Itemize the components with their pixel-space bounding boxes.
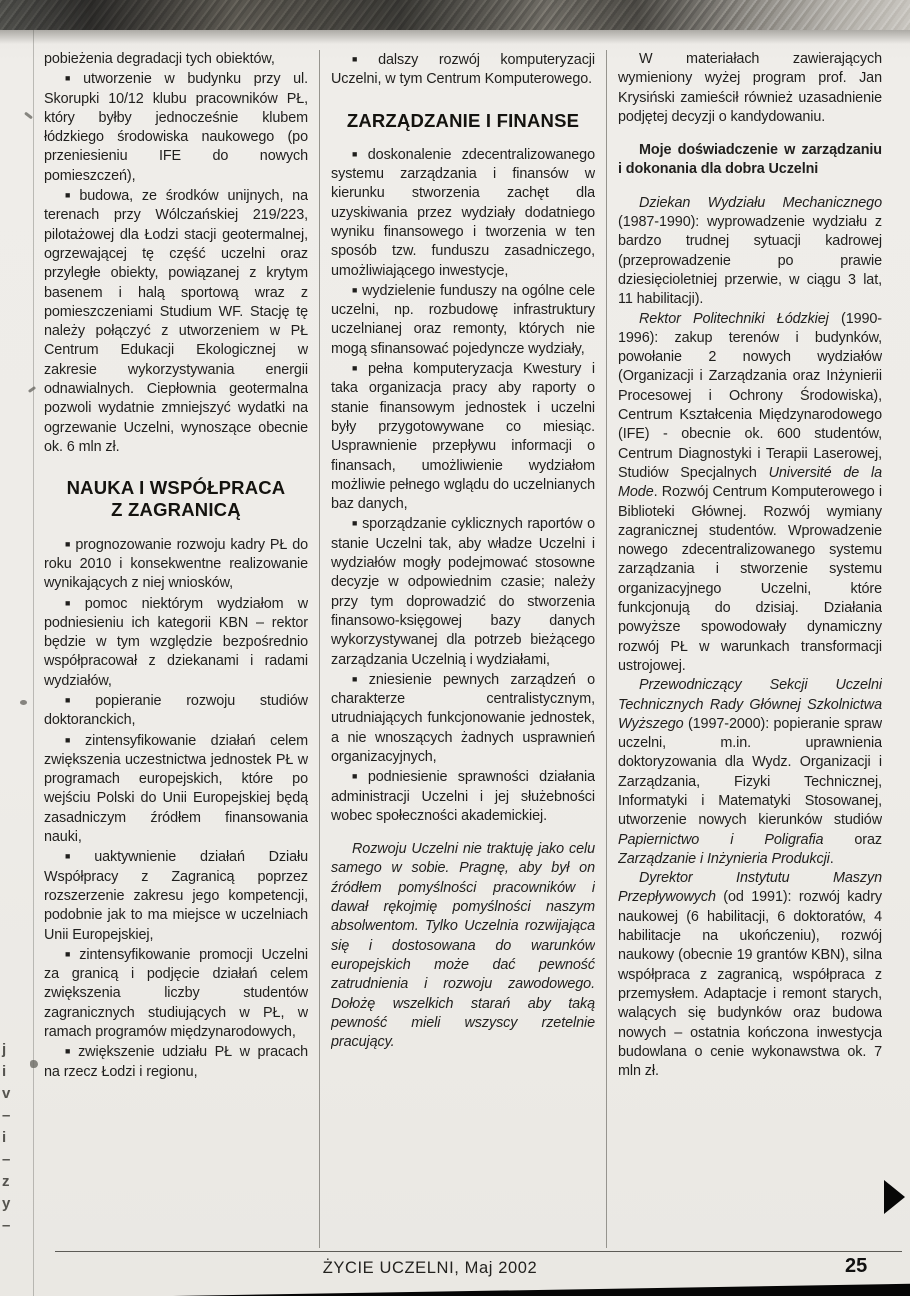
body-text: (1997-2000): popieranie spraw uczelni, m… <box>618 716 882 828</box>
section-heading: ZARZĄDZANIE I FINANSE <box>331 110 595 132</box>
scan-mark <box>24 112 33 120</box>
bullet-icon: ■ <box>352 149 368 159</box>
bullet-item: ■pomoc niektórym wydziałom w podniesieni… <box>44 594 308 691</box>
bleed-letter: i <box>2 1064 18 1079</box>
scan-top-shadow <box>0 30 910 44</box>
body-text: podniesienie sprawności działania admini… <box>331 769 595 824</box>
italic-text: Papiernictwo i Poligrafia <box>618 832 823 848</box>
bullet-icon: ■ <box>352 54 378 64</box>
paragraph: Przewodniczący Sekcji Uczelni Techniczny… <box>618 676 882 869</box>
bullet-item: ■podniesienie sprawności działania admin… <box>331 767 595 826</box>
bleed-letter: v <box>2 1086 18 1101</box>
bullet-icon: ■ <box>352 518 362 528</box>
body-text: budowa, ze środków unijnych, na terenach… <box>44 188 308 455</box>
scan-mark <box>30 1060 38 1068</box>
body-text: prognozowanie rozwoju kadry PŁ do roku 2… <box>44 537 308 592</box>
body-text: oraz <box>823 832 882 848</box>
body-text: . <box>830 851 834 867</box>
body-text: uaktywnienie działań Działu Współpracy z… <box>44 849 308 942</box>
bullet-item: ■budowa, ze środków unijnych, na terenac… <box>44 186 308 457</box>
body-text: zniesienie pewnych zarządzeń o charakter… <box>331 672 595 765</box>
bullet-item: ■doskonalenie zdecentralizowanego system… <box>331 145 595 281</box>
bullet-icon: ■ <box>65 1046 78 1056</box>
bullet-icon: ■ <box>65 190 79 200</box>
body-text: pobieżenia degradacji tych obiektów, <box>44 51 275 67</box>
column-3: W materiałach zawierających wymieniony w… <box>618 50 882 1248</box>
body-text: wydzielenie funduszy na ogólne cele ucze… <box>331 283 595 357</box>
bullet-item: ■zintensyfikowanie działań celem zwiększ… <box>44 731 308 848</box>
column-rule <box>606 50 607 1248</box>
bullet-item: ■zwiększenie udziału PŁ w pracach na rze… <box>44 1042 308 1082</box>
page-number: 25 <box>845 1255 867 1278</box>
scan-mark <box>28 386 36 393</box>
body-text: pełna komputeryzacja Kwestury i taka org… <box>331 361 595 512</box>
bullet-icon: ■ <box>352 674 369 684</box>
paragraph: pobieżenia degradacji tych obiektów, <box>44 50 308 69</box>
paragraph: Rektor Politechniki Łódzkiej (1990-1996)… <box>618 310 882 677</box>
bleed-letter: z <box>2 1174 18 1189</box>
bullet-icon: ■ <box>352 285 362 295</box>
paragraph: Dziekan Wydziału Mechanicznego (1987-199… <box>618 194 882 310</box>
italic-text: Zarządzanie i Inżynieria Produkcji <box>618 851 830 867</box>
journal-footer: ŻYCIE UCZELNI, Maj 2002 <box>250 1259 610 1278</box>
body-text: . Rozwój Centrum Komputerowego i Bibliot… <box>618 484 882 674</box>
continuation-arrow-icon <box>884 1180 905 1214</box>
bullet-item: ■sporządzanie cyklicznych raportów o sta… <box>331 514 595 669</box>
bullet-item: ■popieranie rozwoju studiów doktoranckic… <box>44 691 308 731</box>
subheading-paragraph: Moje doświadczenie w zarządzaniu i dokon… <box>618 141 882 180</box>
bullet-item: ■wydzielenie funduszy na ogólne cele ucz… <box>331 281 595 359</box>
italic-text: Dziekan Wydziału Mechanicznego <box>639 195 882 211</box>
bullet-item: ■uaktywnienie działań Działu Współpracy … <box>44 847 308 944</box>
body-text: pomoc niektórym wydziałom w podniesieniu… <box>44 596 308 689</box>
bold-text: Moje doświadczenie w zarządzaniu i dokon… <box>618 142 882 177</box>
column-1: pobieżenia degradacji tych obiektów,■utw… <box>44 50 308 1248</box>
bullet-item: ■utworzenie w budynku przy ul. Skorupki … <box>44 69 308 186</box>
body-text: sporządzanie cyklicznych raportów o stan… <box>331 516 595 667</box>
body-text: (1990-1996): zakup terenów i budynków, p… <box>618 311 882 481</box>
body-text: utworzenie w budynku przy ul. Skorupki 1… <box>44 71 308 183</box>
bleed-letter: i <box>2 1130 18 1145</box>
bullet-icon: ■ <box>65 598 85 608</box>
body-text: doskonalenie zdecentralizowanego systemu… <box>331 147 595 279</box>
bullet-icon: ■ <box>65 73 83 83</box>
article-columns: pobieżenia degradacji tych obiektów,■utw… <box>44 50 882 1248</box>
bleed-letter: – <box>2 1152 18 1167</box>
bullet-item: ■zintensyfikowanie promocji Uczelni za g… <box>44 945 308 1042</box>
scan-top-dark-strip <box>0 0 910 30</box>
bullet-icon: ■ <box>65 851 94 861</box>
scan-mark <box>20 700 27 705</box>
italic-text: Rektor Politechniki Łódzkiej <box>639 311 829 327</box>
bullet-icon: ■ <box>352 771 368 781</box>
body-text: zwiększenie udziału PŁ w pracach na rzec… <box>44 1044 308 1079</box>
bleed-letter: – <box>2 1218 18 1233</box>
italic-text: Rozwoju Uczelni nie traktuję jako celu s… <box>331 841 595 1050</box>
paragraph: Dyrektor Instytutu Maszyn Przepływowych … <box>618 869 882 1081</box>
paragraph: W materiałach zawierających wymieniony w… <box>618 50 882 127</box>
body-text: zintensyfikowanie działań celem zwiększe… <box>44 733 308 845</box>
scanned-magazine-page: jiv–i–zy– pobieżenia degradacji tych obi… <box>0 0 910 1296</box>
scan-bottom-black-bar <box>0 1283 910 1296</box>
footer-rule <box>55 1251 902 1252</box>
bleed-letter: – <box>2 1108 18 1123</box>
bullet-icon: ■ <box>352 363 368 373</box>
bullet-item: ■pełna komputeryzacja Kwestury i taka or… <box>331 359 595 514</box>
bullet-icon: ■ <box>65 695 95 705</box>
bleed-letter: y <box>2 1196 18 1211</box>
bleed-letter: j <box>2 1042 18 1057</box>
bullet-icon: ■ <box>65 539 75 549</box>
bullet-item: ■prognozowanie rozwoju kadry PŁ do roku … <box>44 535 308 594</box>
body-text: (1987-1990): wyprowadzenie wydziału z ba… <box>618 214 882 307</box>
bullet-item: ■dalszy rozwój komputeryzacji Uczelni, w… <box>331 50 595 90</box>
body-text: W materiałach zawierających wymieniony w… <box>618 51 882 125</box>
section-heading: NAUKA I WSPÓŁPRACAZ ZAGRANICĄ <box>44 477 308 521</box>
column-2: ■dalszy rozwój komputeryzacji Uczelni, w… <box>331 50 595 1248</box>
body-text: (od 1991): rozwój kadry naukowej (6 habi… <box>618 889 882 1079</box>
bullet-icon: ■ <box>65 735 85 745</box>
bullet-icon: ■ <box>65 949 79 959</box>
body-text: zintensyfikowanie promocji Uczelni za gr… <box>44 947 308 1040</box>
column-rule <box>319 50 320 1248</box>
bullet-item: ■zniesienie pewnych zarządzeń o charakte… <box>331 670 595 767</box>
page-edge-line <box>33 30 34 1296</box>
paragraph: Rozwoju Uczelni nie traktuję jako celu s… <box>331 840 595 1052</box>
